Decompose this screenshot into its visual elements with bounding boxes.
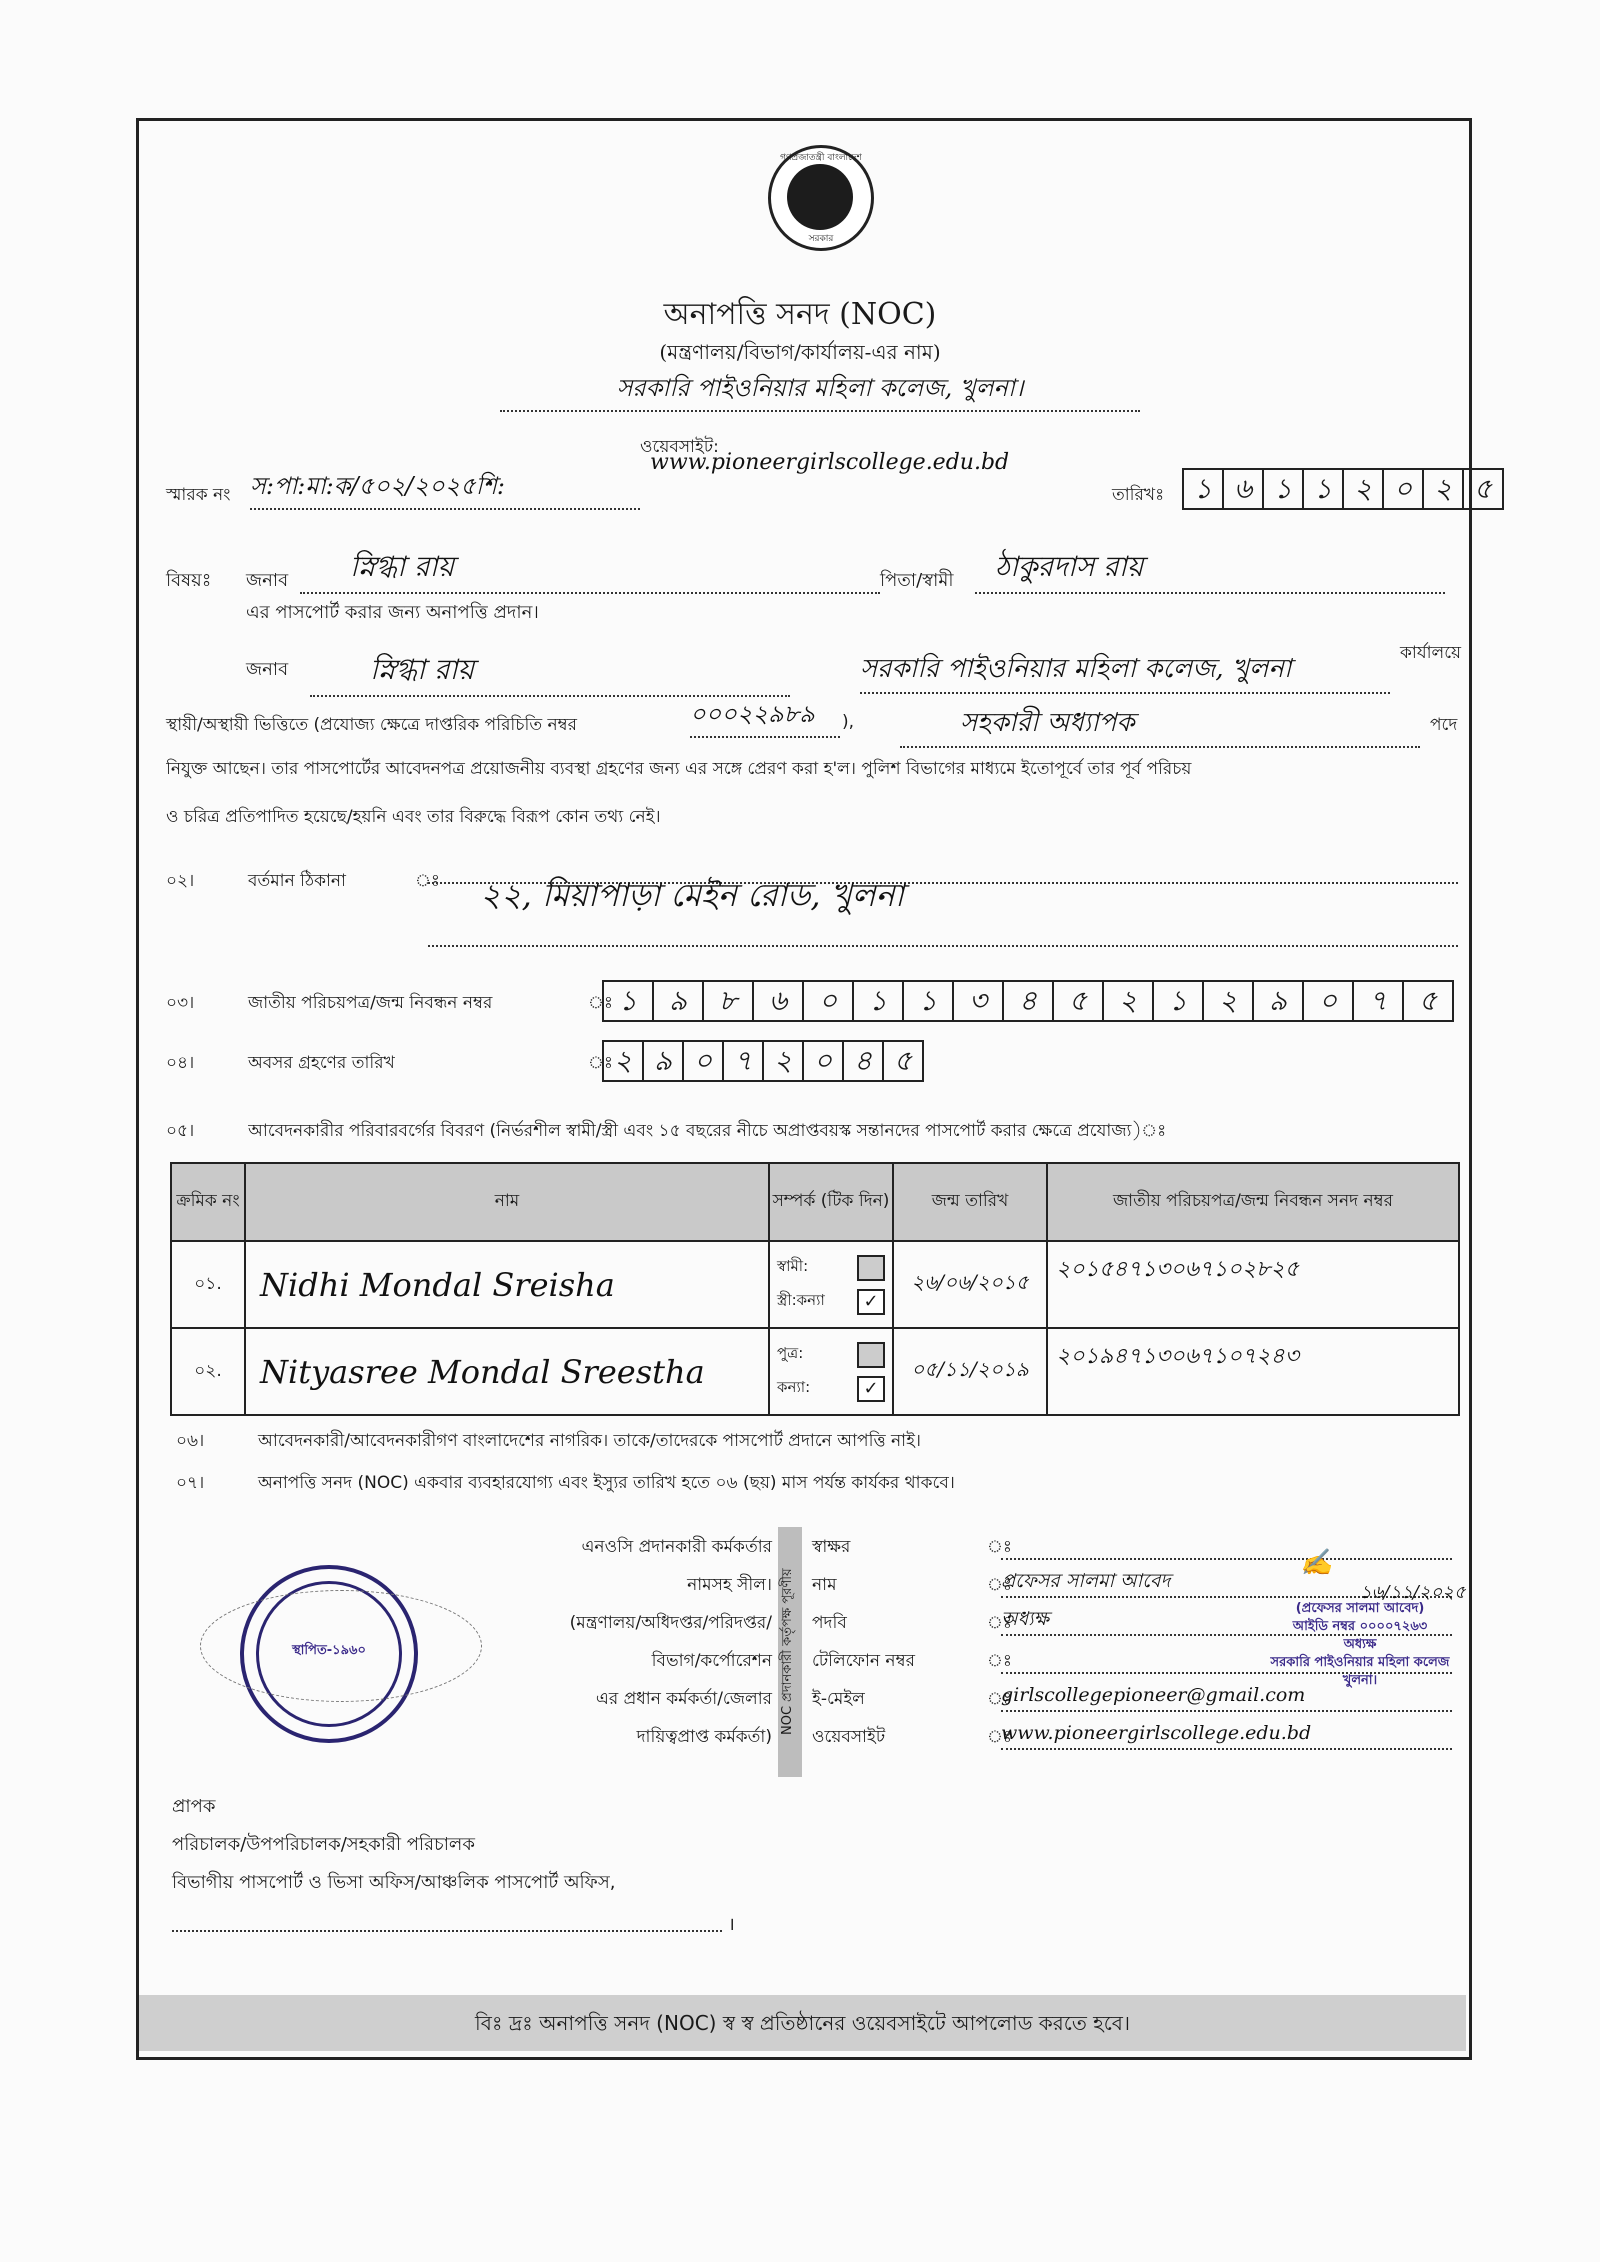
- noc-authority-sidebar: NOC প্রদানকারী কর্তৃপক্ষ পূরণীয়: [778, 1527, 802, 1777]
- post-suffix: পদে: [1430, 712, 1457, 740]
- digit-box: ৮: [704, 982, 754, 1020]
- basis-text: স্থায়ী/অস্থায়ী ভিত্তিতে (প্রযোজ্য ক্ষে…: [166, 712, 577, 740]
- relation-cell: স্বামী: স্ত্রী:কন্যা✓: [769, 1241, 893, 1328]
- digit-box: ৭: [724, 1042, 764, 1080]
- ministry-label: (মন্ত্রণালয়/বিভাগ/কার্যালয়-এর নাম): [0, 338, 1600, 371]
- digit-box: ৩: [954, 982, 1004, 1020]
- body-paragraph-line1: নিযুক্ত আছেন। তার পাসপোর্টের আবেদনপত্র প…: [166, 756, 1456, 784]
- name-cell: Nityasree Mondal Sreestha: [245, 1328, 769, 1415]
- digit-box: ১: [1264, 470, 1304, 508]
- principal-stamp: (প্রফেসর সালমা আবেদ)আইডি নম্বর ০০০০৭২৬৩অ…: [1255, 1600, 1465, 1690]
- website-value: www.pioneergirlscollege.edu.bd: [650, 450, 1009, 475]
- digit-box: ০: [804, 982, 854, 1020]
- issue-date-boxes: ১৬১১২০২৫: [1182, 468, 1504, 510]
- digit-box: ৪: [1004, 982, 1054, 1020]
- digit-box: ৪: [844, 1042, 884, 1080]
- digit-box: ৫: [884, 1042, 922, 1080]
- retirement-date-label: অবসর গ্রহণের তারিখ: [248, 1050, 395, 1078]
- digit-box: ০: [804, 1042, 844, 1080]
- stamp-line: খুলনা।: [1255, 1672, 1465, 1690]
- reg-no-cell: ২০১৯৪৭১৩০৬৭১০৭২৪৩: [1047, 1328, 1459, 1415]
- digit-box: ২: [764, 1042, 804, 1080]
- memo-label: স্মারক নং: [166, 482, 230, 510]
- field-label: টেলিফোন নম্বর: [812, 1642, 987, 1680]
- citizenship-statement: আবেদনকারী/আবেদনকারীগণ বাংলাদেশের নাগরিক।…: [258, 1428, 921, 1456]
- table-row: ০২. Nityasree Mondal Sreestha পুত্র: কন্…: [171, 1328, 1459, 1415]
- designation: সহকারী অধ্যাপক: [900, 702, 1420, 748]
- stamp-line: আইডি নম্বর ০০০০৭২৬৩: [1255, 1618, 1465, 1636]
- table-row: ০১. Nidhi Mondal Sreisha স্বামী: স্ত্রী:…: [171, 1241, 1459, 1328]
- col-reg-no: জাতীয় পরিচয়পত্র/জন্ম নিবন্ধন সনদ নম্বর: [1047, 1163, 1459, 1241]
- nid-label: জাতীয় পরিচয়পত্র/জন্ম নিবন্ধন নম্বর: [248, 990, 492, 1018]
- body-name: স্নিগ্ধা রায়: [310, 648, 790, 697]
- recipient-label: প্রাপক: [172, 1792, 215, 1823]
- signatory-desc-line: (মন্ত্রণালয়/অধিদপ্তর/পরিদপ্তর/: [500, 1604, 772, 1642]
- signatory-field: স্বাক্ষরঃ: [812, 1528, 1452, 1566]
- relation-cell: পুত্র: কন্যা:✓: [769, 1328, 893, 1415]
- digit-box: ৭: [1354, 982, 1404, 1020]
- address-label: বর্তমান ঠিকানা: [248, 868, 346, 896]
- digit-box: ১: [1154, 982, 1204, 1020]
- field-label: ওয়েবসাইট: [812, 1718, 987, 1756]
- dob-cell: ০৫/১১/২০১৯: [893, 1328, 1047, 1415]
- dob-cell: ২৬/০৬/২০১৫: [893, 1241, 1047, 1328]
- name-cell: Nidhi Mondal Sreisha: [245, 1241, 769, 1328]
- nid-number-boxes: ১৯৮৬০১১৩৪৫২১২৯০৭৫: [602, 980, 1454, 1022]
- digit-box: ৫: [1464, 470, 1502, 508]
- digit-box: ১: [1184, 470, 1224, 508]
- serial-cell: ০১.: [171, 1241, 245, 1328]
- digit-box: ২: [604, 1042, 644, 1080]
- subject-label: বিষয়ঃ: [166, 566, 211, 597]
- digit-box: ৬: [754, 982, 804, 1020]
- retirement-date-boxes: ২৯০৭২০৪৫: [602, 1040, 924, 1082]
- office-name: সরকারি পাইওনিয়ার মহিলা কলেজ, খুলনা।: [500, 370, 1140, 412]
- digit-box: ১: [854, 982, 904, 1020]
- stamp-line: (প্রফেসর সালমা আবেদ): [1255, 1600, 1465, 1618]
- mr-label: জনাব: [246, 566, 288, 597]
- relation-checkbox[interactable]: ✓: [857, 1376, 885, 1402]
- col-serial: ক্রমিক নং: [171, 1163, 245, 1241]
- col-relation: সম্পর্ক (টিক দিন): [769, 1163, 893, 1241]
- field-label: ই-মেইল: [812, 1680, 987, 1718]
- digit-box: ৬: [1224, 470, 1264, 508]
- item-02-number: ০২।: [166, 868, 194, 896]
- reg-no-cell: ২০১৫৪৭১৩০৬৭১০২৮২৫: [1047, 1241, 1459, 1328]
- memo-number: স:পা:মা:ক/৫০২/২০২৫শি:: [250, 468, 640, 510]
- signatory-field: ওয়েবসাইটঃwww.pioneergirlscollege.edu.bd: [812, 1718, 1452, 1756]
- digit-box: ৫: [1054, 982, 1104, 1020]
- recipient-line2: বিভাগীয় পাসপোর্ট ও ভিসা অফিস/আঞ্চলিক পা…: [172, 1868, 615, 1899]
- recipient-office-blank: [172, 1910, 722, 1932]
- stamp-line: সরকারি পাইওনিয়ার মহিলা কলেজ: [1255, 1654, 1465, 1672]
- signatory-desc-line: নামসহ সীল।: [500, 1566, 772, 1604]
- digit-box: ০: [1304, 982, 1354, 1020]
- digit-box: ৫: [1404, 982, 1452, 1020]
- col-name: নাম: [245, 1163, 769, 1241]
- signatory-description: এনওসি প্রদানকারী কর্মকর্তারনামসহ সীল।(মন…: [500, 1528, 772, 1756]
- digit-box: ০: [1384, 470, 1424, 508]
- signatory-desc-line: দায়িত্বপ্রাপ্ত কর্মকর্তা): [500, 1718, 772, 1756]
- family-details-label: আবেদনকারীর পরিবারবর্গের বিবরণ (নির্ভরশীল…: [248, 1118, 1458, 1146]
- relation-checkbox[interactable]: [857, 1342, 885, 1368]
- stamp-line: অধ্যক্ষ: [1255, 1636, 1465, 1654]
- footer-note: বিঃ দ্রঃ অনাপত্তি সনদ (NOC) স্ব স্ব প্রত…: [139, 1995, 1466, 2051]
- digit-box: ৯: [654, 982, 704, 1020]
- item-06-number: ০৬।: [176, 1428, 204, 1456]
- signatory-desc-line: এর প্রধান কর্মকর্তা/জেলার: [500, 1680, 772, 1718]
- digit-box: ১: [1304, 470, 1344, 508]
- father-label: পিতা/স্বামী: [880, 566, 953, 597]
- digit-box: ২: [1344, 470, 1384, 508]
- digit-box: ৯: [1254, 982, 1304, 1020]
- digit-box: ৯: [644, 1042, 684, 1080]
- relation-checkbox[interactable]: [857, 1255, 885, 1281]
- subject-purpose: এর পাসপোর্ট করার জন্য অনাপত্তি প্রদান।: [246, 598, 539, 629]
- field-label: নাম: [812, 1566, 987, 1604]
- document-title: অনাপত্তি সনদ (NOC): [0, 290, 1600, 341]
- office-suffix: কার্যালয়ে: [1400, 640, 1461, 668]
- present-address: ২২, মিয়াপাড়া মেইন রোড, খুলনা: [480, 870, 904, 924]
- col-dob: জন্ম তারিখ: [893, 1163, 1047, 1241]
- field-label: স্বাক্ষর: [812, 1528, 987, 1566]
- body-paragraph-line2: ও চরিত্র প্রতিপাদিত হয়েছে/হয়নি এবং তার…: [166, 804, 661, 832]
- digit-box: ০: [684, 1042, 724, 1080]
- signatory-desc-line: বিভাগ/কর্পোরেশন: [500, 1642, 772, 1680]
- body-office: সরকারি পাইওনিয়ার মহিলা কলেজ, খুলনা: [860, 648, 1390, 694]
- signatory-desc-line: এনওসি প্রদানকারী কর্মকর্তার: [500, 1528, 772, 1566]
- field-value: [1001, 1528, 1452, 1560]
- item-05-number: ০৫।: [166, 1118, 194, 1146]
- item-03-number: ০৩।: [166, 990, 194, 1018]
- official-id: ০০০২২৯৮৯: [690, 696, 840, 738]
- digit-box: ১: [904, 982, 954, 1020]
- relation-checkbox[interactable]: ✓: [857, 1289, 885, 1315]
- date-label: তারিখঃ: [1112, 482, 1164, 510]
- serial-cell: ০২.: [171, 1328, 245, 1415]
- digit-box: ২: [1104, 982, 1154, 1020]
- father-name: ঠাকুরদাস রায়: [975, 545, 1445, 594]
- digit-box: ২: [1204, 982, 1254, 1020]
- seal-oval-outline: [200, 1590, 482, 1702]
- recipient-line1: পরিচালক/উপপরিচালক/সহকারী পরিচালক: [172, 1830, 475, 1861]
- field-value: www.pioneergirlscollege.edu.bd: [1001, 1718, 1452, 1750]
- digit-box: ২: [1424, 470, 1464, 508]
- signature: ✍: [1300, 1548, 1332, 1578]
- field-label: পদবি: [812, 1604, 987, 1642]
- body-mr-label: জনাব: [246, 655, 288, 686]
- family-table: ক্রমিক নং নাম সম্পর্ক (টিক দিন) জন্ম তার…: [170, 1162, 1460, 1416]
- item-04-number: ০৪।: [166, 1050, 194, 1078]
- applicant-name: স্নিগ্ধা রায়: [300, 545, 880, 594]
- government-emblem-icon: গণপ্রজাতন্ত্রী বাংলাদেশ সরকার: [768, 145, 874, 251]
- item-07-number: ০৭।: [176, 1470, 204, 1498]
- signatory-field: নামঃপ্রফেসর সালমা আবেদ: [812, 1566, 1452, 1604]
- digit-box: ১: [604, 982, 654, 1020]
- validity-statement: অনাপত্তি সনদ (NOC) একবার ব্যবহারযোগ্য এব…: [258, 1470, 955, 1498]
